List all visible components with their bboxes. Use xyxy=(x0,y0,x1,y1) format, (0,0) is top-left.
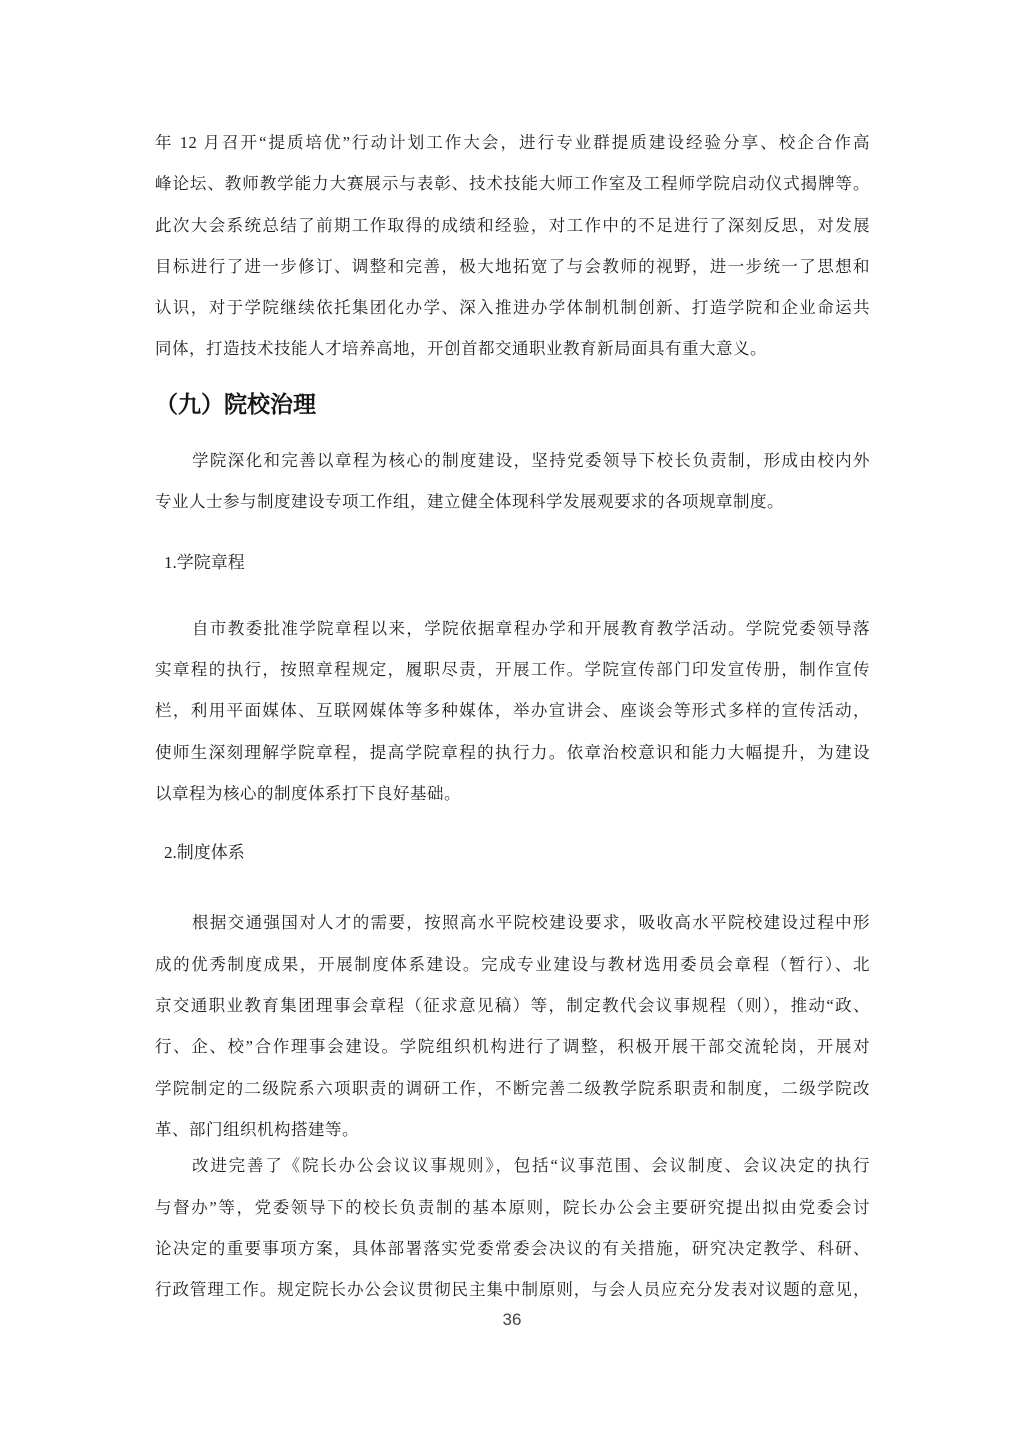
text-line: 与督办”等，党委领导下的校长负责制的基本原则，院长办公会主要研究提出拟由党委会讨 xyxy=(155,1187,870,1228)
text-line: 峰论坛、教师教学能力大赛展示与表彰、技术技能大师工作室及工程师学院启动仪式揭牌等… xyxy=(155,163,870,204)
subsection-heading: 2.制度体系 xyxy=(155,832,870,873)
text-line: 实章程的执行，按照章程规定，履职尽责，开展工作。学院宣传部门印发宣传册，制作宣传 xyxy=(155,649,870,690)
text-line: 行政管理工作。规定院长办公会议贯彻民主集中制原则，与会人员应充分发表对议题的意见… xyxy=(155,1269,870,1310)
document-page: 年 12 月召开“提质培优”行动计划工作大会，进行专业群提质建设经验分享、校企合… xyxy=(0,0,1024,1448)
text-line: 目标进行了进一步修订、调整和完善，极大地拓宽了与会教师的视野，进一步统一了思想和 xyxy=(155,246,870,287)
text-line: 论决定的重要事项方案，具体部署落实党委常委会决议的有关措施，研究决定教学、科研、 xyxy=(155,1228,870,1269)
paragraph: 改进完善了《院长办公会议议事规则》，包括“议事范围、会议制度、会议决定的执行 与… xyxy=(155,1145,870,1310)
text-line: 根据交通强国对人才的需要，按照高水平院校建设要求，吸收高水平院校建设过程中形 xyxy=(155,902,870,943)
paragraph: 自市教委批准学院章程以来，学院依据章程办学和开展教育教学活动。学院党委领导落 实… xyxy=(155,608,870,814)
page-number: 36 xyxy=(0,1310,1024,1330)
paragraph: 根据交通强国对人才的需要，按照高水平院校建设要求，吸收高水平院校建设过程中形 成… xyxy=(155,902,870,1150)
text-line: 京交通职业教育集团理事会章程（征求意见稿）等，制定教代会议事规程（则），推动“政… xyxy=(155,985,870,1026)
text-line: 年 12 月召开“提质培优”行动计划工作大会，进行专业群提质建设经验分享、校企合… xyxy=(155,122,870,163)
text-line: 此次大会系统总结了前期工作取得的成绩和经验，对工作中的不足进行了深刻反思，对发展 xyxy=(155,205,870,246)
text-line: 革、部门组织机构搭建等。 xyxy=(155,1109,870,1150)
paragraph: 学院深化和完善以章程为核心的制度建设，坚持党委领导下校长负责制，形成由校内外 专… xyxy=(155,440,870,523)
text-line: 使师生深刻理解学院章程，提高学院章程的执行力。依章治校意识和能力大幅提升，为建设 xyxy=(155,732,870,773)
subsection-heading: 1.学院章程 xyxy=(155,542,870,583)
text-line: 同体，打造技术技能人才培养高地，开创首都交通职业教育新局面具有重大意义。 xyxy=(155,328,870,369)
section-heading: （九）院校治理 xyxy=(155,383,870,425)
paragraph: 年 12 月召开“提质培优”行动计划工作大会，进行专业群提质建设经验分享、校企合… xyxy=(155,122,870,370)
text-line: 认识，对于学院继续依托集团化办学、深入推进办学体制机制创新、打造学院和企业命运共 xyxy=(155,287,870,328)
text-line: 行、企、校”合作理事会建设。学院组织机构进行了调整，积极开展干部交流轮岗，开展对 xyxy=(155,1026,870,1067)
text-line: 成的优秀制度成果，开展制度体系建设。完成专业建设与教材选用委员会章程（暂行）、北 xyxy=(155,944,870,985)
text-line: 学院制定的二级院系六项职责的调研工作，不断完善二级教学院系职责和制度，二级学院改 xyxy=(155,1068,870,1109)
text-line: 学院深化和完善以章程为核心的制度建设，坚持党委领导下校长负责制，形成由校内外 xyxy=(155,440,870,481)
text-line: 改进完善了《院长办公会议议事规则》，包括“议事范围、会议制度、会议决定的执行 xyxy=(155,1145,870,1186)
text-line: 以章程为核心的制度体系打下良好基础。 xyxy=(155,773,870,814)
document-body: 年 12 月召开“提质培优”行动计划工作大会，进行专业群提质建设经验分享、校企合… xyxy=(155,122,870,1310)
text-line: 专业人士参与制度建设专项工作组，建立健全体现科学发展观要求的各项规章制度。 xyxy=(155,481,870,522)
text-line: 栏，利用平面媒体、互联网媒体等多种媒体，举办宣讲会、座谈会等形式多样的宣传活动， xyxy=(155,690,870,731)
text-line: 自市教委批准学院章程以来，学院依据章程办学和开展教育教学活动。学院党委领导落 xyxy=(155,608,870,649)
